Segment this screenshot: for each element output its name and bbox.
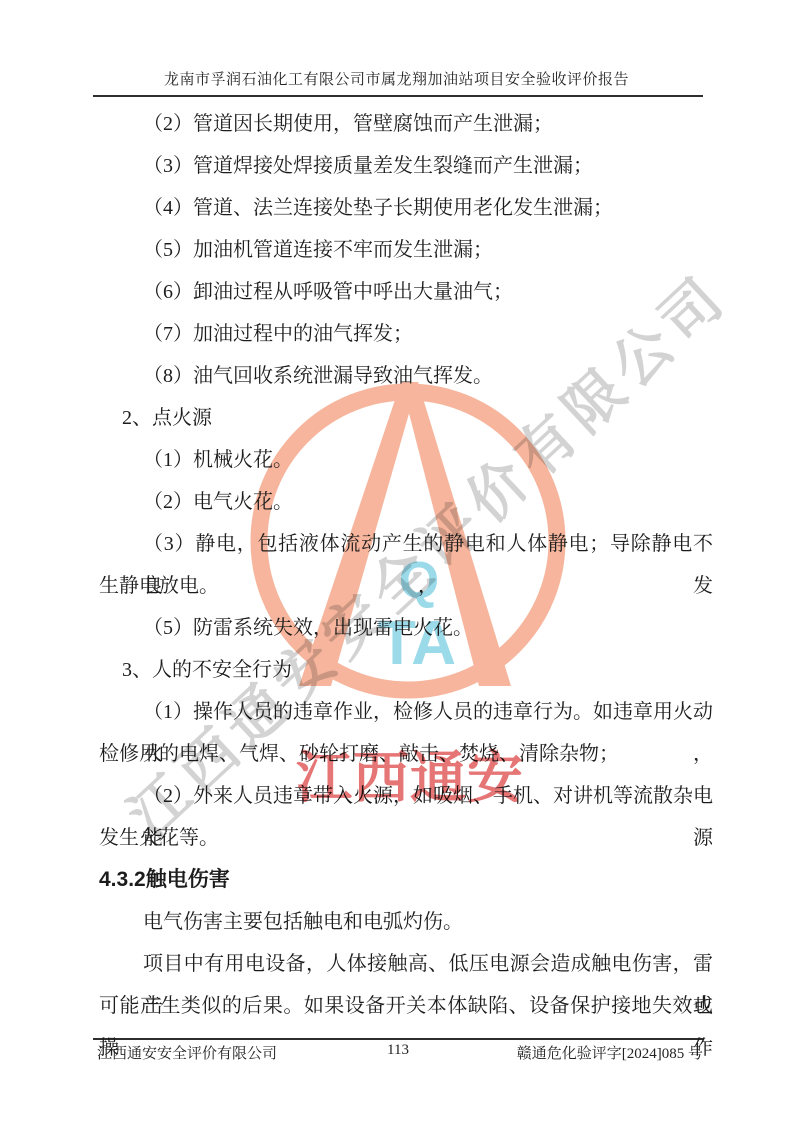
body-line: （3）静电，包括液体流动产生的静电和人体静电；导除静电不良，发 bbox=[99, 523, 713, 565]
body-line: （5）防雷系统失效，出现雷电火花。 bbox=[99, 607, 713, 649]
body-line: （3）管道焊接处焊接质量差发生裂缝而产生泄漏； bbox=[99, 145, 713, 187]
body-line: （1）操作人员的违章作业，检修人员的违章行为。如违章用火动火， bbox=[99, 691, 713, 733]
body-line: （5）加油机管道连接不牢而发生泄漏； bbox=[99, 229, 713, 271]
header-divider bbox=[93, 95, 703, 97]
body-line: （1）机械火花。 bbox=[99, 439, 713, 481]
body-line: 项目中有用电设备，人体接触高、低压电源会造成触电伤害，雷击也 bbox=[99, 943, 713, 985]
document-page: Q TA 龙南市孚润石油化工有限公司市属龙翔加油站项目安全验收评价报告 （2）管… bbox=[0, 0, 793, 1122]
body-text: （2）管道因长期使用，管壁腐蚀而产生泄漏；（3）管道焊接处焊接质量差发生裂缝而产… bbox=[99, 103, 713, 1027]
body-line: 4.3.2触电伤害 bbox=[99, 859, 713, 901]
body-line: （2）管道因长期使用，管壁腐蚀而产生泄漏； bbox=[99, 103, 713, 145]
body-line: （8）油气回收系统泄漏导致油气挥发。 bbox=[99, 355, 713, 397]
body-line: （2）外来人员违章带入火源，如吸烟、手机、对讲机等流散杂电能源 bbox=[99, 775, 713, 817]
body-line: （7）加油过程中的油气挥发； bbox=[99, 313, 713, 355]
body-line: 2、点火源 bbox=[99, 397, 713, 439]
body-line: （2）电气火花。 bbox=[99, 481, 713, 523]
report-header-title: 龙南市孚润石油化工有限公司市属龙翔加油站项目安全验收评价报告 bbox=[0, 68, 793, 89]
body-line: 可能产生类似的后果。如果设备开关本体缺陷、设备保护接地失效或操作 bbox=[99, 985, 713, 1027]
body-line: （6）卸油过程从呼吸管中呼出大量油气； bbox=[99, 271, 713, 313]
body-line: 电气伤害主要包括触电和电弧灼伤。 bbox=[99, 901, 713, 943]
body-line: （4）管道、法兰连接处垫子长期使用老化发生泄漏； bbox=[99, 187, 713, 229]
body-line: 3、人的不安全行为 bbox=[99, 649, 713, 691]
